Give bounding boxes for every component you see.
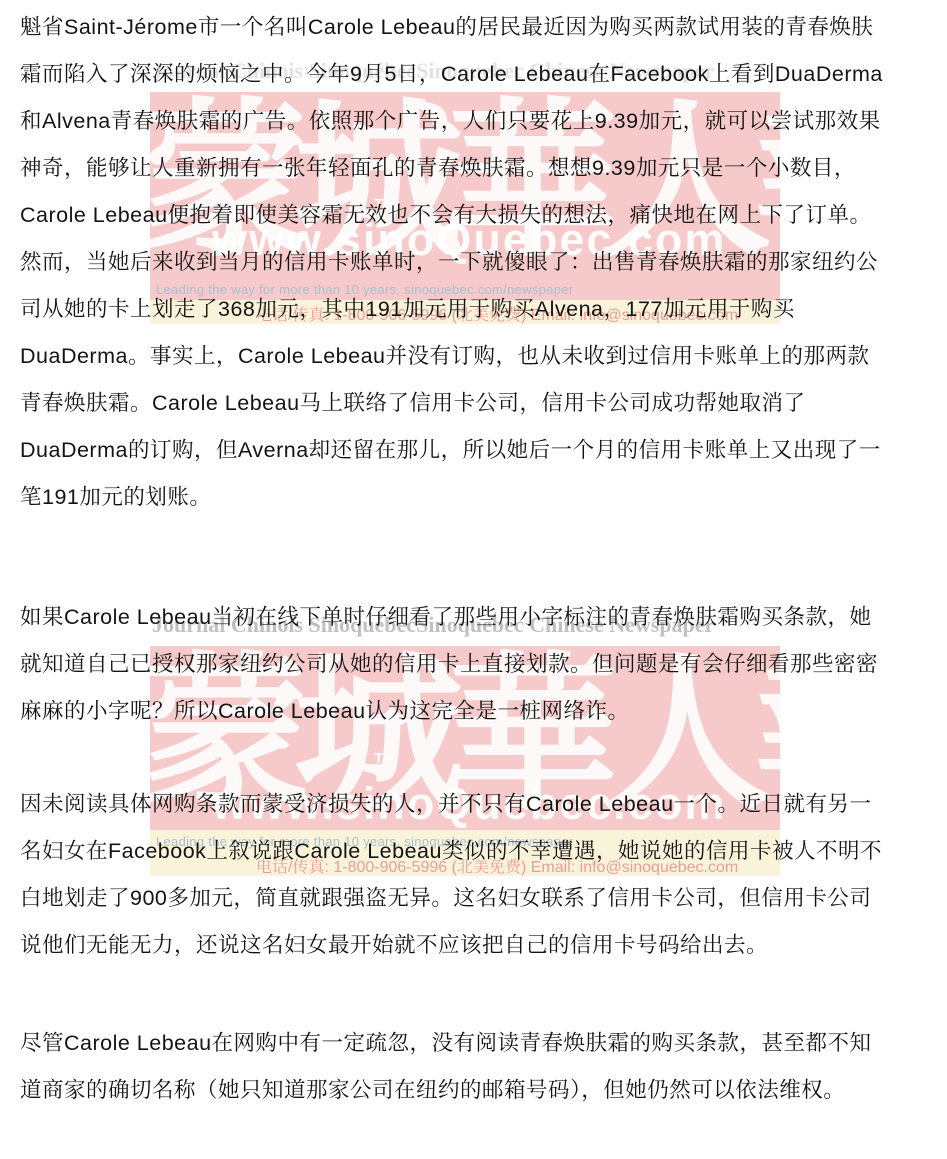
trademark-label: TM — [374, 750, 398, 767]
paragraph: 尽管Carole Lebeau在网购中有一定疏忽，没有阅读青春焕肤霜的购买条款，… — [20, 1020, 930, 1114]
text-line: 如果Carole Lebeau当初在线下单时仔细看了那些用小字标注的青春焕肤霜购… — [20, 594, 930, 641]
text-line: 名妇女在Facebook上叙说跟Carole Lebeau类似的不幸遭遇，她说她… — [20, 828, 930, 875]
paragraph: 因未阅读具体网购条款而蒙受济损失的人，并不只有Carole Lebeau一个。近… — [20, 781, 930, 969]
text-line: 说他们无能无力，还说这名妇女最开始就不应该把自己的信用卡号码给出去。 — [20, 922, 930, 969]
article-page: Journal Chinois Sinoquébec Sinoquebec Ch… — [0, 0, 947, 1159]
text-line: 然而，当她后来收到当月的信用卡账单时，一下就傻眼了：出售青春焕肤霜的那家纽约公 — [20, 239, 930, 286]
paragraph: 如果Carole Lebeau当初在线下单时仔细看了那些用小字标注的青春焕肤霜购… — [20, 594, 930, 735]
text-line: DuaDerma。事实上，Carole Lebeau并没有订购，也从未收到过信用… — [20, 333, 930, 380]
text-line: Carole Lebeau便抱着即使美容霜无效也不会有大损失的想法，痛快地在网上… — [20, 192, 930, 239]
text-line: 笔191加元的划账。 — [20, 474, 930, 521]
text-line: 白地划走了900多加元，简直就跟强盗无异。这名妇女联系了信用卡公司，但信用卡公司 — [20, 875, 930, 922]
text-line: 司从她的卡上划走了368加元，其中191加元用于购买Alvena，177加元用于… — [20, 286, 930, 333]
text-line: 因未阅读具体网购条款而蒙受济损失的人，并不只有Carole Lebeau一个。近… — [20, 781, 930, 828]
text-line: 尽管Carole Lebeau在网购中有一定疏忽，没有阅读青春焕肤霜的购买条款，… — [20, 1020, 930, 1067]
text-line: DuaDerma的订购，但Averna却还留在那儿，所以她后一个月的信用卡账单上… — [20, 427, 930, 474]
text-line: 麻麻的小字呢？所以Carole Lebeau认为这完全是一桩网络诈。 — [20, 688, 930, 735]
text-line: 就知道自己已授权那家纽约公司从她的信用卡上直接划款。但问题是有会仔细看那些密密 — [20, 641, 930, 688]
paragraph: 魁省Saint-Jérome市一个名叫Carole Lebeau的居民最近因为购… — [20, 4, 930, 521]
text-line: 神奇，能够让人重新拥有一张年轻面孔的青春焕肤霜。想想9.39加元只是一个小数目， — [20, 145, 930, 192]
text-line: 道商家的确切名称（她只知道那家公司在纽约的邮箱号码），但她仍然可以依法维权。 — [20, 1067, 930, 1114]
text-line: 和Alvena青春焕肤霜的广告。依照那个广告，人们只要花上9.39加元，就可以尝… — [20, 98, 930, 145]
text-line: 霜而陷入了深深的烦恼之中。今年9月5日，Carole Lebeau在Facebo… — [20, 51, 930, 98]
text-line: 青春焕肤霜。Carole Lebeau马上联络了信用卡公司，信用卡公司成功帮她取… — [20, 380, 930, 427]
text-line: 魁省Saint-Jérome市一个名叫Carole Lebeau的居民最近因为购… — [20, 4, 930, 51]
